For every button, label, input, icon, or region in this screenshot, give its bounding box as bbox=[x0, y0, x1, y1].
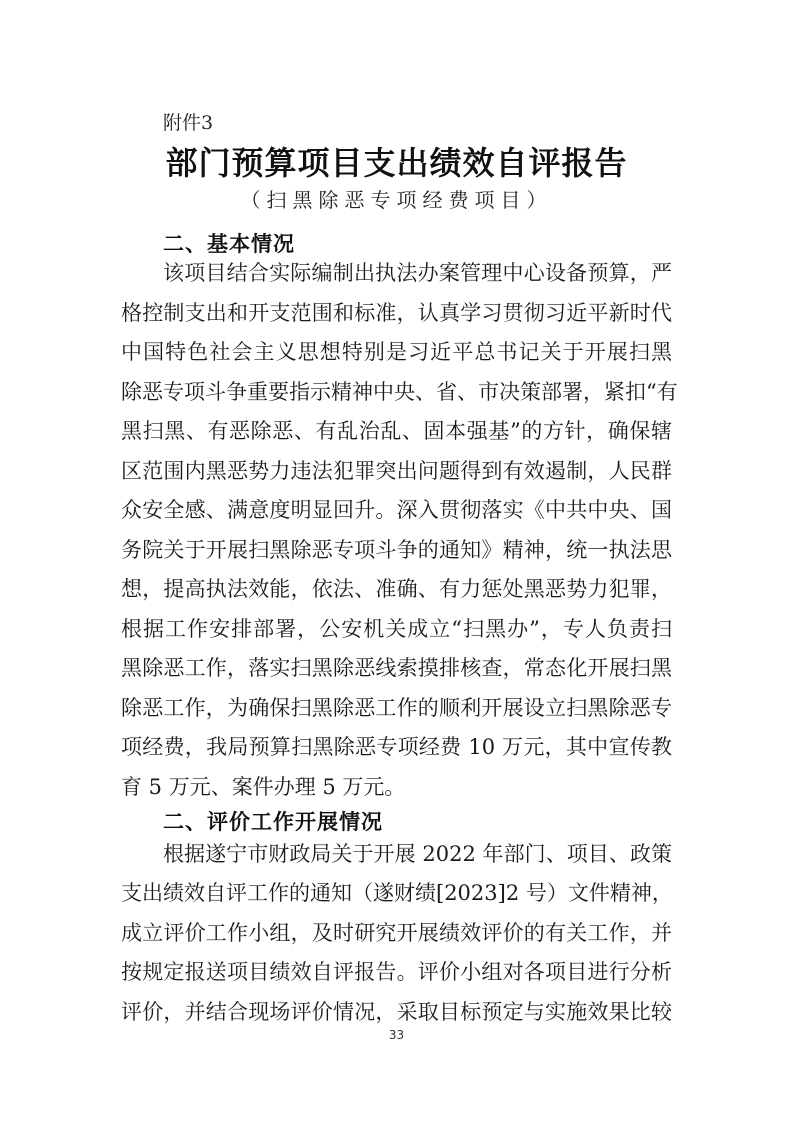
page-number: 33 bbox=[0, 1028, 793, 1042]
paragraph-line: 想，提高执法效能，依法、准确、有力惩处黑恶势力犯罪， bbox=[121, 575, 672, 603]
paragraph-line: 根据工作安排部署，公安机关成立“扫黑办”，专人负责扫 bbox=[121, 615, 672, 643]
paragraph-line: 区范围内黑恶势力违法犯罪突出问题得到有效遏制，人民群 bbox=[121, 457, 672, 485]
paragraph-line: 黑扫黑、有恶除恶、有乱治乱、固本强基”的方针，确保辖 bbox=[121, 417, 672, 445]
paragraph-line: 根据遂宁市财政局关于开展 2022 年部门、项目、政策 bbox=[163, 840, 672, 868]
paragraph-line: 该项目结合实际编制出执法办案管理中心设备预算，严 bbox=[163, 259, 672, 287]
attachment-label: 附件3 bbox=[163, 108, 213, 135]
paragraph-line: 除恶专项斗争重要指示精神中央、省、市决策部署，紧扣“有 bbox=[121, 378, 672, 406]
paragraph-line: 项经费，我局预算扫黑除恶专项经费 10 万元，其中宣传教 bbox=[121, 733, 672, 761]
paragraph-line: 评价，并结合现场评价情况，采取目标预定与实施效果比较 bbox=[121, 998, 672, 1026]
document-title: 部门预算项目支出绩效自评报告 bbox=[0, 138, 793, 184]
document-subtitle: （扫黑除恶专项经费项目） bbox=[0, 184, 793, 213]
document-page: 附件3 部门预算项目支出绩效自评报告 （扫黑除恶专项经费项目） 二、基本情况 该… bbox=[0, 0, 793, 1122]
paragraph-line: 成立评价工作小组，及时研究开展绩效评价的有关工作，并 bbox=[121, 919, 672, 947]
paragraph-line: 格控制支出和开支范围和标准，认真学习贯彻习近平新时代 bbox=[121, 299, 672, 327]
paragraph-line: 务院关于开展扫黑除恶专项斗争的通知》精神，统一执法思 bbox=[121, 536, 672, 564]
paragraph-line: 按规定报送项目绩效自评报告。评价小组对各项目进行分析 bbox=[121, 958, 672, 986]
paragraph-line: 黑除恶工作，落实扫黑除恶线索摸排核查，常态化开展扫黑 bbox=[121, 654, 672, 682]
paragraph-line: 中国特色社会主义思想特别是习近平总书记关于开展扫黑 bbox=[121, 338, 672, 366]
paragraph-line: 除恶工作，为确保扫黑除恶工作的顺利开展设立扫黑除恶专 bbox=[121, 694, 672, 722]
paragraph-line: 众安全感、满意度明显回升。深入贯彻落实《中共中央、国 bbox=[121, 496, 672, 524]
paragraph-line: 育 5 万元、案件办理 5 万元。 bbox=[121, 773, 672, 801]
section-heading-evaluation: 二、评价工作开展情况 bbox=[163, 806, 383, 836]
paragraph-line: 支出绩效自评工作的通知（遂财绩[2023]2 号）文件精神， bbox=[121, 879, 672, 907]
section-heading-basic-info: 二、基本情况 bbox=[163, 228, 295, 258]
